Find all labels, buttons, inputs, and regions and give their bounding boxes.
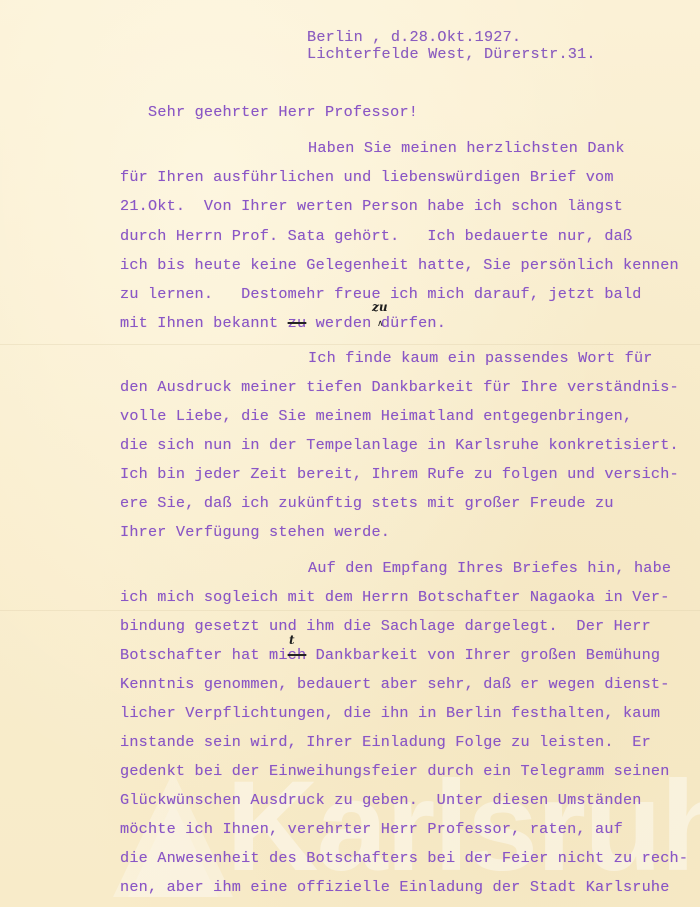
text-line: durch Herrn Prof. Sata gehört. Ich bedau… xyxy=(120,227,632,245)
text-line: Ihrer Verfügung stehen werde. xyxy=(120,523,390,541)
text-line: Haben Sie meinen herzlichsten Dank xyxy=(308,139,625,157)
text-line: volle Liebe, die Sie meinem Heimatland e… xyxy=(120,407,632,425)
handwritten-insertion: t xyxy=(289,633,295,647)
struck-word: ch xyxy=(288,646,307,664)
text-line: Glückwünschen Ausdruck zu geben. Unter d… xyxy=(120,791,642,809)
text-line: den Ausdruck meiner tiefen Dankbarkeit f… xyxy=(120,378,679,396)
paper-fold-line xyxy=(0,610,700,611)
handwritten-insertion: zu xyxy=(372,300,388,314)
text-line: für Ihren ausführlichen und liebenswürdi… xyxy=(120,168,614,186)
text-line: 21.Okt. Von Ihrer werten Person habe ich… xyxy=(120,197,623,215)
text-segment: Botschafter hat mi xyxy=(120,646,288,664)
text-line: Kenntnis genommen, bedauert aber sehr, d… xyxy=(120,675,670,693)
text-line: Ich finde kaum ein passendes Wort für xyxy=(308,349,653,367)
struck-word: zu xyxy=(288,314,307,332)
text-line: instande sein wird, Ihrer Einladung Folg… xyxy=(120,733,651,751)
text-segment: dürfen. xyxy=(381,314,446,332)
text-line: ich bis heute keine Gelegenheit hatte, S… xyxy=(120,256,679,274)
text-line: ich mich sogleich mit dem Herrn Botschaf… xyxy=(120,588,670,606)
text-line: bindung gesetzt und ihm die Sachlage dar… xyxy=(120,617,651,635)
sender-address: Lichterfelde West, Dürerstr.31. xyxy=(307,45,596,63)
text-segment: Dankbarkeit von Ihrer großen Bemühung xyxy=(306,646,660,664)
text-line: licher Verpflichtungen, die ihn in Berli… xyxy=(120,704,660,722)
text-line: ere Sie, daß ich zukünftig stets mit gro… xyxy=(120,494,614,512)
text-segment: werden xyxy=(306,314,371,332)
place-date: Berlin , d.28.Okt.1927. xyxy=(307,28,521,46)
text-line: die sich nun in der Tempelanlage in Karl… xyxy=(120,436,679,454)
text-line: Ich bin jeder Zeit bereit, Ihrem Rufe zu… xyxy=(120,465,679,483)
text-line: gedenkt bei der Einweihungsfeier durch e… xyxy=(120,762,670,780)
corrected-text-line: Botschafter hat mich Dankbarkeit von Ihr… xyxy=(120,646,660,664)
salutation: Sehr geehrter Herr Professor! xyxy=(148,103,418,121)
text-line: Auf den Empfang Ihres Briefes hin, habe xyxy=(308,559,671,577)
paper-fold-line xyxy=(0,344,700,345)
text-line: nen, aber ihm eine offizielle Einladung … xyxy=(120,878,670,896)
text-line: möchte ich Ihnen, verehrter Herr Profess… xyxy=(120,820,623,838)
insertion-caret-icon: ∧ xyxy=(377,319,384,329)
corrected-text-line: mit Ihnen bekannt zu werden dürfen. xyxy=(120,314,446,332)
text-line: die Anwesenheit des Botschafters bei der… xyxy=(120,849,688,867)
text-segment: mit Ihnen bekannt xyxy=(120,314,288,332)
